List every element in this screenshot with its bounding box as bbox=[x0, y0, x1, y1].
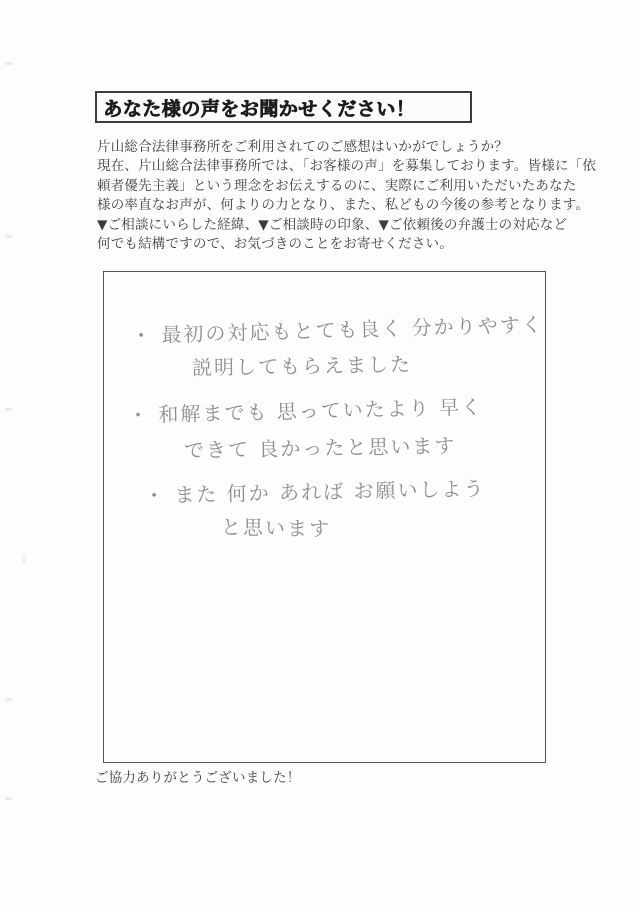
page-title: あなた様の声をお聞かせください！ bbox=[103, 94, 415, 121]
scan-artifact bbox=[22, 554, 26, 564]
scan-artifact bbox=[5, 62, 13, 65]
intro-line: ▼ご相談にいらした経緯、▼ご相談時の印象、▼ご依頼後の弁護士の対応など bbox=[97, 216, 562, 235]
handwritten-line: できて 良かったと思います bbox=[184, 430, 457, 464]
page-title-banner: あなた様の声をお聞かせください！ bbox=[95, 91, 472, 123]
thank-you-note: ご協力ありがとうございました！ bbox=[95, 766, 301, 786]
intro-line: 現在、片山総合法律事務所では、「お客様の声」を募集しております。皆様に「依 bbox=[97, 157, 562, 176]
handwritten-line: ・ 和解までも 思っていたより 早く bbox=[128, 391, 484, 429]
handwritten-comment-box: ・ 最初の対応もとても良く 分かりやすく 説明してもらえました ・ 和解までも … bbox=[103, 271, 546, 763]
intro-line: 様の率直なお声が、何よりの力となり、また、私どもの今後の参考となります。 bbox=[97, 196, 562, 215]
scanned-survey-page: あなた様の声をお聞かせください！ 片山総合法律事務所をご利用されてのご感想はいか… bbox=[0, 0, 640, 905]
handwritten-line: ・ 最初の対応もとても良く 分かりやすく bbox=[131, 308, 544, 349]
intro-line: 何でも結構ですので、お気づきのことをお寄せください。 bbox=[97, 235, 562, 254]
scan-artifact bbox=[5, 797, 12, 800]
scan-artifact bbox=[5, 698, 12, 701]
intro-line: 片山総合法律事務所をご利用されてのご感想はいかがでしょうか？ bbox=[97, 138, 562, 157]
intro-paragraph: 片山総合法律事務所をご利用されてのご感想はいかがでしょうか？ 現在、片山総合法律… bbox=[97, 138, 562, 254]
handwritten-line: ・ また 何か あれば お願いしよう bbox=[144, 472, 486, 508]
handwritten-line: と思います bbox=[221, 511, 331, 542]
handwritten-line: 説明してもらえました bbox=[192, 348, 412, 381]
intro-line: 頼者優先主義」という理念をお伝えするのに、実際にご利用いただいたあなた bbox=[97, 177, 562, 196]
scan-artifact bbox=[5, 408, 12, 411]
scan-artifact bbox=[5, 235, 12, 238]
